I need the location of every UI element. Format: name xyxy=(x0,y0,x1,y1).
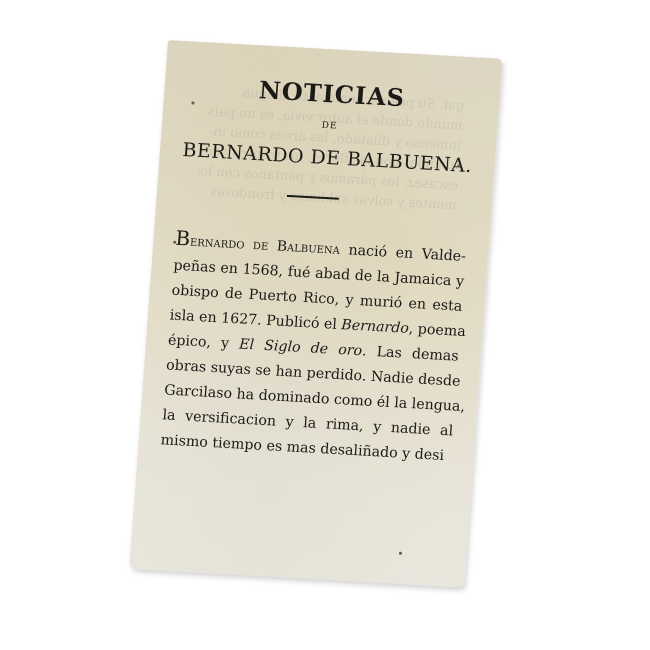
italic-title-bernardo: Bernardo xyxy=(341,317,410,337)
author-name-smallcaps: ernardo de Balbuena xyxy=(189,234,340,258)
photo-scene: gal. Su poema, semejante al agua mundo d… xyxy=(0,0,650,650)
italic-title-siglo: El Siglo de oro xyxy=(239,336,363,359)
body-text-segment: , poema xyxy=(408,321,466,340)
body-text-segment: . Las demas xyxy=(361,343,459,364)
body-text-segment: nació en Valde- xyxy=(339,242,466,265)
foxing-spot xyxy=(399,552,402,555)
foxing-spot xyxy=(191,101,194,104)
body-paragraph: Bernardo de Balbuena nació en Valde- peñ… xyxy=(160,226,467,470)
body-text-segment: épico, y xyxy=(167,332,239,352)
book-page: gal. Su poema, semejante al agua mundo d… xyxy=(129,40,502,587)
